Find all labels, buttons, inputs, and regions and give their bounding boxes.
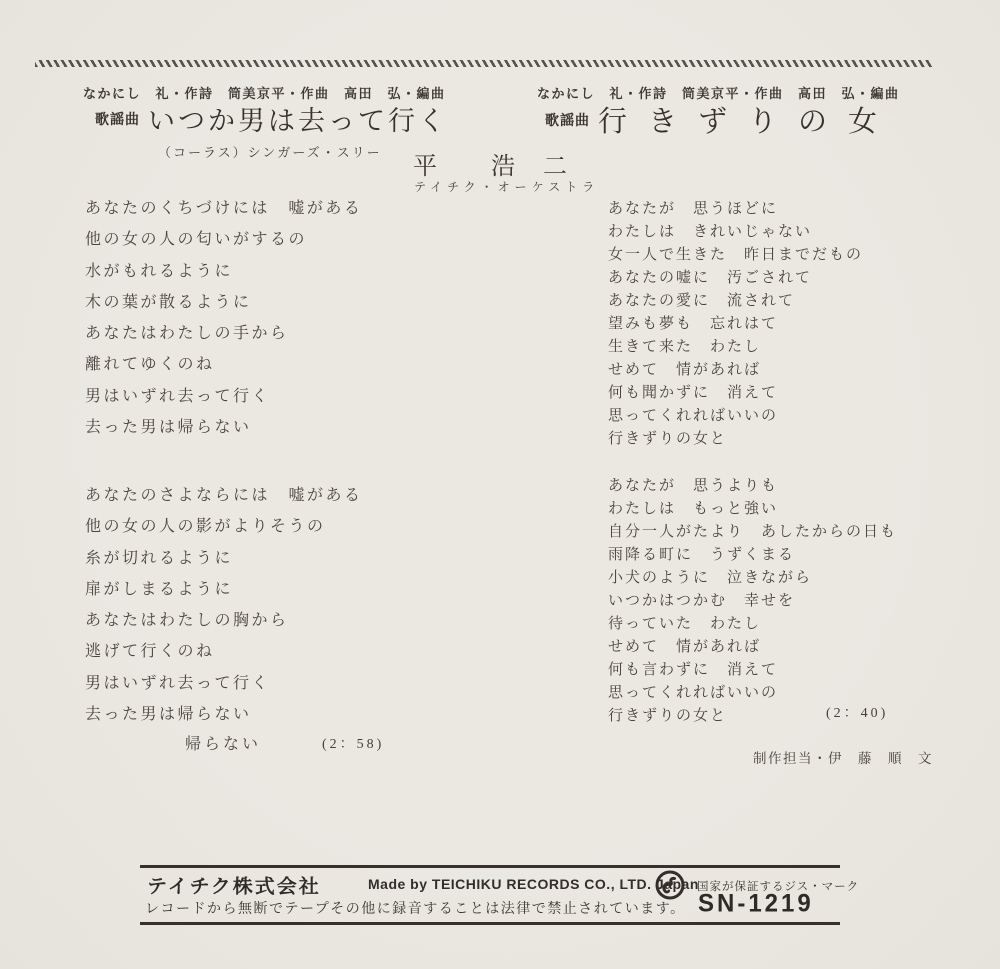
lyric-line: せめて 情があれば — [608, 359, 863, 382]
production-credit: 制作担当・伊 藤 順 文 — [753, 747, 933, 767]
footer-rule-bottom — [140, 922, 840, 925]
company-logo: テイチク株式会社 — [147, 871, 321, 899]
lyric-line: 離れてゆくのね — [85, 349, 362, 380]
lyric-line: 何も言わずに 消えて — [608, 659, 897, 682]
lyric-line: せめて 情があれば — [608, 636, 897, 659]
left-song-title-row: 歌謡曲いつか男は去って行く — [95, 99, 448, 138]
lyric-line: 男はいずれ去って行く — [85, 381, 362, 412]
left-song-verse1: あなたのくちづけには 嘘がある他の女の人の匂いがするの水がもれるように木の葉が散… — [85, 193, 362, 443]
right-song-verse1: あなたが 思うほどにわたしは きれいじゃない女一人で生きた 昨日までだものあなた… — [608, 198, 863, 451]
lyric-line: 糸が切れるように — [85, 543, 363, 574]
made-by-text: Made by TEICHIKU RECORDS CO., LTD. Japan — [368, 876, 699, 892]
left-song-verse2: あなたのさよならには 嘘がある他の女の人の影がよりそうの糸が切れるように扉がしま… — [85, 480, 363, 730]
right-genre-label: 歌謡曲 — [545, 112, 590, 128]
left-genre-label: 歌謡曲 — [95, 111, 140, 127]
lyric-line: わたしは もっと強い — [608, 498, 897, 521]
record-sleeve-back: { "accent_colors": { "paper": "#e9e6e0",… — [0, 0, 1000, 969]
lyric-line: 自分一人がたより あしたからの日も — [608, 521, 897, 544]
lyric-line: 去った男は帰らない — [85, 412, 362, 443]
lyric-line: あなたの愛に 流されて — [608, 290, 863, 313]
lyric-line: 水がもれるように — [85, 256, 362, 287]
lyric-line: 他の女の人の匂いがするの — [85, 224, 362, 255]
left-song-title: いつか男は去って行く — [148, 106, 448, 136]
lyric-line: 木の葉が散るように — [85, 287, 362, 318]
lyric-line: 男はいずれ去って行く — [85, 668, 363, 699]
lyric-line: 女一人で生きた 昨日までだもの — [608, 244, 863, 267]
right-song-verse2: あなたが 思うよりもわたしは もっと強い自分一人がたより あしたからの日も雨降る… — [608, 475, 897, 728]
lyric-line: わたしは きれいじゃない — [608, 221, 863, 244]
left-song-chorus-credit: （コーラス）シンガーズ・スリー — [158, 142, 382, 161]
right-song-title-row: 歌謡曲行きずりの女 — [545, 99, 898, 140]
lyric-line: あなたのくちづけには 嘘がある — [85, 193, 362, 224]
lyric-line: 行きずりの女と — [608, 428, 863, 451]
footer-rule-top — [140, 865, 840, 868]
jis-standard-mark-icon — [653, 868, 687, 902]
lyric-line: 去った男は帰らない — [85, 699, 363, 730]
lyric-line: 思ってくれればいいの — [608, 405, 863, 428]
orchestra-name: テイチク・オーケストラ — [414, 178, 599, 195]
catalog-number: SN-1219 — [698, 889, 814, 918]
lyric-line: あなたのさよならには 嘘がある — [85, 480, 363, 511]
decorative-hatched-rule — [35, 60, 932, 67]
lyric-line: あなたの嘘に 汚ごされて — [608, 267, 863, 290]
lyric-line: 待っていた わたし — [608, 613, 897, 636]
left-song-outro: 帰らない — [185, 731, 261, 754]
lyric-line: いつかはつかむ 幸せを — [608, 590, 897, 613]
lyric-line: 何も聞かずに 消えて — [608, 382, 863, 405]
copyright-notice: レコードから無断でテープその他に録音することは法律で禁止されています。 — [145, 898, 686, 918]
lyric-line: 望みも夢も 忘れはて — [608, 313, 863, 336]
lyric-line: あなたはわたしの胸から — [85, 605, 363, 636]
lyric-line: あなたが 思うほどに — [608, 198, 863, 221]
lyric-line: あなたはわたしの手から — [85, 318, 362, 349]
right-song-title: 行きずりの女 — [598, 106, 898, 138]
left-song-duration: (2：58) — [322, 733, 384, 753]
right-song-duration: (2：40) — [826, 702, 888, 722]
lyric-line: あなたが 思うよりも — [608, 475, 897, 498]
lyric-line: 逃げて行くのね — [85, 636, 363, 667]
artist-name: 平 浩 二 — [413, 146, 569, 181]
lyric-line: 他の女の人の影がよりそうの — [85, 511, 363, 542]
lyric-line: 扉がしまるように — [85, 574, 363, 605]
lyric-line: 小犬のように 泣きながら — [608, 567, 897, 590]
lyric-line: 生きて来た わたし — [608, 336, 863, 359]
lyric-line: 雨降る町に うずくまる — [608, 544, 897, 567]
